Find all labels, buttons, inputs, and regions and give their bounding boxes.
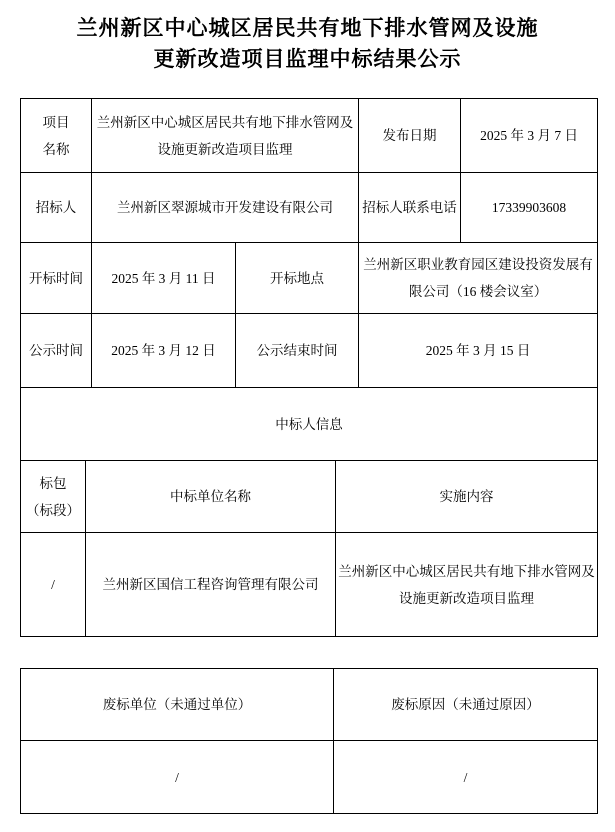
page-title-line-1: 兰州新区中心城区居民共有地下排水管网及设施 (0, 13, 615, 44)
row-project-name: 项目 名称 兰州新区中心城区居民共有地下排水管网及设施更新改造项目监理 发布日期… (21, 99, 598, 173)
row-winner-header: 标包 （标段） 中标单位名称 实施内容 (21, 461, 598, 533)
rejected-bid-table: 废标单位（未通过单位） 废标原因（未通过原因） / / (20, 668, 598, 814)
rejected-reason-header-cell: 废标原因（未通过原因） (334, 669, 598, 741)
rejected-unit-header-cell: 废标单位（未通过单位） (21, 669, 334, 741)
package-value-cell: / (21, 533, 86, 637)
publicity-end-label-cell: 公示结束时间 (236, 314, 359, 388)
page-title: 兰州新区中心城区居民共有地下排水管网及设施 更新改造项目监理中标结果公示 (0, 13, 615, 75)
bid-opening-place-label-cell: 开标地点 (236, 243, 359, 314)
tenderee-value-cell: 兰州新区翠源城市开发建设有限公司 (92, 173, 359, 243)
publish-date-value-cell: 2025 年 3 月 7 日 (461, 99, 598, 173)
implementation-header-cell: 实施内容 (336, 461, 598, 533)
tenderee-label-cell: 招标人 (21, 173, 92, 243)
rejected-reason-value-cell: / (334, 741, 598, 814)
publish-date-label-cell: 发布日期 (359, 99, 461, 173)
tenderee-phone-value-cell: 17339903608 (461, 173, 598, 243)
bid-result-info-table: 项目 名称 兰州新区中心城区居民共有地下排水管网及设施更新改造项目监理 发布日期… (20, 98, 598, 637)
package-header-cell: 标包 （标段） (21, 461, 86, 533)
winner-name-value-cell: 兰州新区国信工程咨询管理有限公司 (86, 533, 336, 637)
row-rejection-values: / / (21, 741, 598, 814)
page-title-line-2: 更新改造项目监理中标结果公示 (0, 44, 615, 75)
publicity-end-value-cell: 2025 年 3 月 15 日 (359, 314, 598, 388)
row-rejection-header: 废标单位（未通过单位） 废标原因（未通过原因） (21, 669, 598, 741)
row-winner-section-title: 中标人信息 (21, 388, 598, 461)
project-name-label-cell: 项目 名称 (21, 99, 92, 173)
project-name-value-cell: 兰州新区中心城区居民共有地下排水管网及设施更新改造项目监理 (92, 99, 359, 173)
row-bid-opening: 开标时间 2025 年 3 月 11 日 开标地点 兰州新区职业教育园区建设投资… (21, 243, 598, 314)
publicity-time-label-cell: 公示时间 (21, 314, 92, 388)
bid-opening-time-label-cell: 开标时间 (21, 243, 92, 314)
row-publicity: 公示时间 2025 年 3 月 12 日 公示结束时间 2025 年 3 月 1… (21, 314, 598, 388)
winner-name-header-cell: 中标单位名称 (86, 461, 336, 533)
winner-section-title-cell: 中标人信息 (21, 388, 598, 461)
row-winner-values: / 兰州新区国信工程咨询管理有限公司 兰州新区中心城区居民共有地下排水管网及设施… (21, 533, 598, 637)
announcement-page: 兰州新区中心城区居民共有地下排水管网及设施 更新改造项目监理中标结果公示 项目 … (0, 0, 615, 832)
bid-opening-time-value-cell: 2025 年 3 月 11 日 (92, 243, 236, 314)
implementation-value-cell: 兰州新区中心城区居民共有地下排水管网及设施更新改造项目监理 (336, 533, 598, 637)
tenderee-phone-label-cell: 招标人联系电话 (359, 173, 461, 243)
rejected-unit-value-cell: / (21, 741, 334, 814)
publicity-time-value-cell: 2025 年 3 月 12 日 (92, 314, 236, 388)
bid-opening-place-value-cell: 兰州新区职业教育园区建设投资发展有限公司（16 楼会议室） (359, 243, 598, 314)
row-tenderee: 招标人 兰州新区翠源城市开发建设有限公司 招标人联系电话 17339903608 (21, 173, 598, 243)
